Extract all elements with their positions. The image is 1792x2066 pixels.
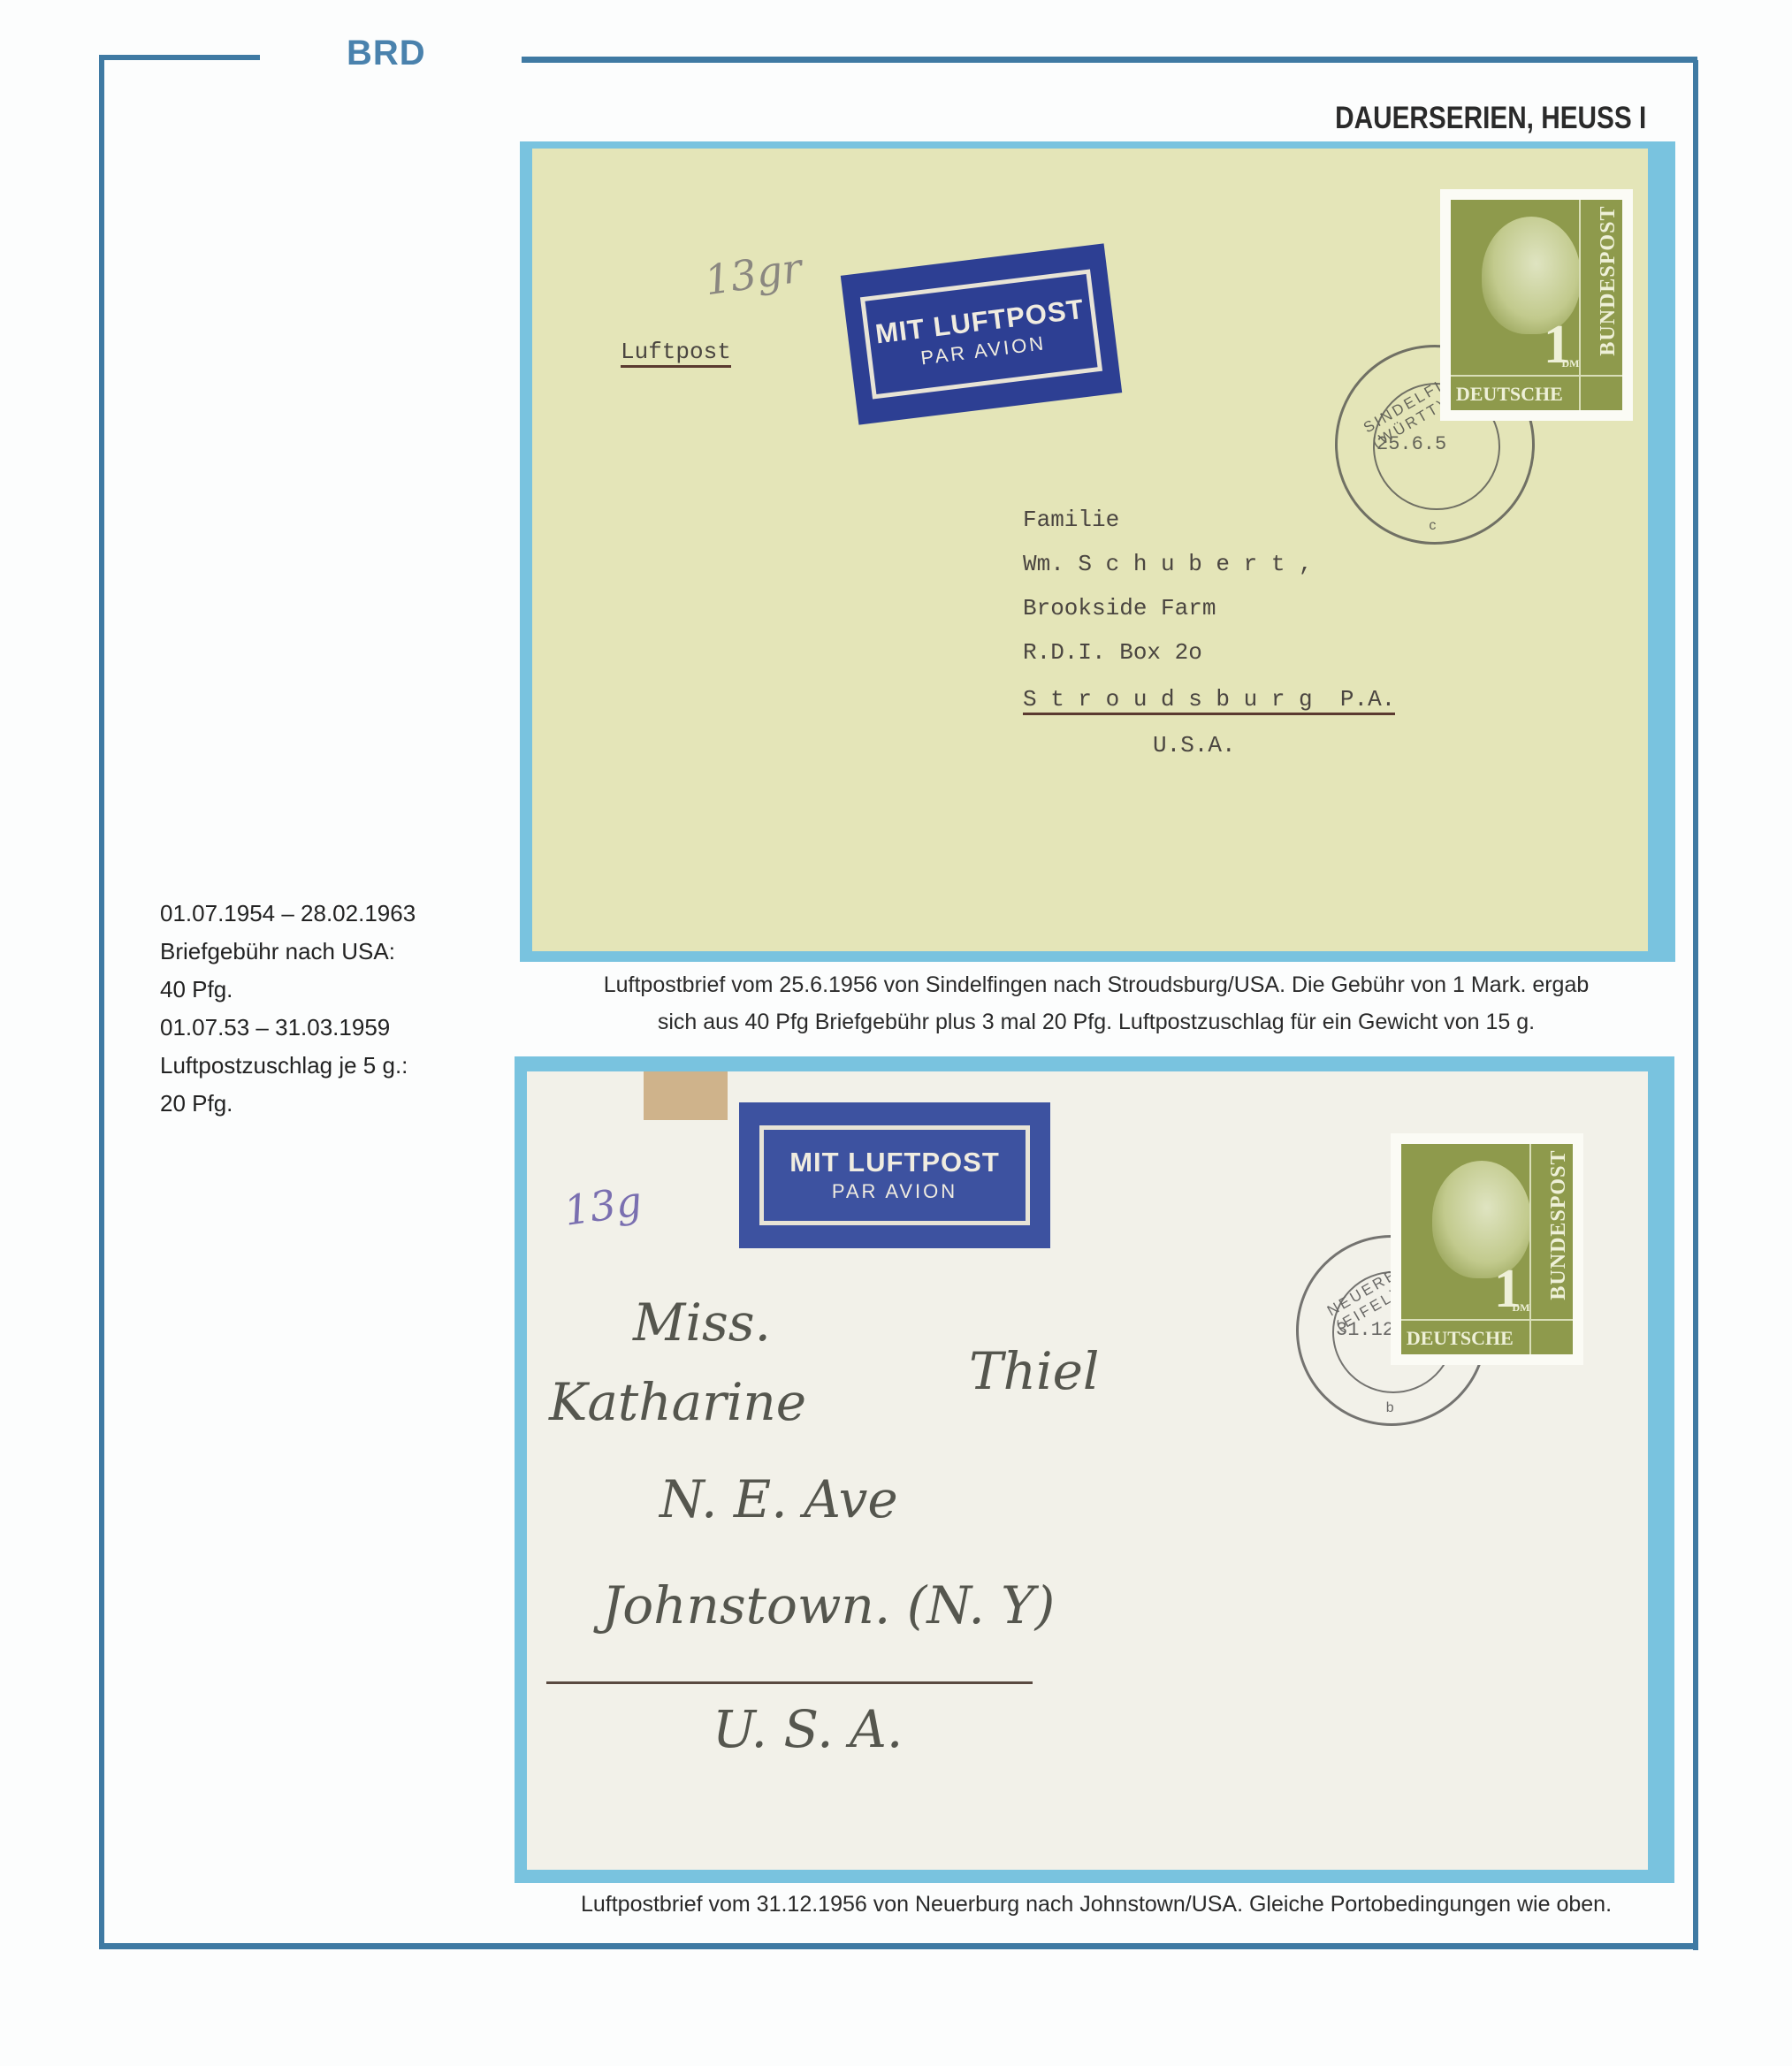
cover2-weight-note: 13g (561, 1177, 645, 1235)
cover2-address-line5: U. S. A. (713, 1699, 903, 1759)
cover1-address-line5: S t r o u d s b u r g P.A. (1023, 686, 1395, 715)
cover2-caption: Luftpostbrief vom 31.12.1956 von Neuerbu… (495, 1886, 1697, 1923)
cover2-address-line2b: Thiel (969, 1341, 1099, 1401)
cover2-address-line4: Johnstown. (N. Y) (602, 1575, 1055, 1635)
rate-label-airmail: Luftpostzuschlag je 5 g.: (160, 1047, 416, 1085)
cover1-address-line1: Familie (1023, 507, 1119, 533)
postmark-letter: c (1429, 518, 1436, 534)
cover2-airmail-label: MIT LUFTPOST PAR AVION (739, 1102, 1050, 1248)
rate-value-airmail: 20 Pfg. (160, 1085, 416, 1123)
series-title: DAUERSERIEN, HEUSS I (1335, 101, 1646, 136)
cover1-caption-line1: Luftpostbrief vom 25.6.1956 von Sindelfi… (522, 966, 1671, 1003)
cover1-typed-luftpost: Luftpost (621, 339, 731, 368)
cover1-airmail-label: MIT LUFTPOST PAR AVION (841, 243, 1122, 424)
cover2-stamp: BUNDESPOST 1 DM DEUTSCHE (1391, 1133, 1583, 1365)
airmail-label-line2: PAR AVION (832, 1180, 957, 1203)
cover1-weight-note: 13gr (702, 244, 804, 305)
frame-top-left-rule (104, 55, 260, 60)
cover1-caption: Luftpostbrief vom 25.6.1956 von Sindelfi… (522, 966, 1671, 1041)
rate-value-letter: 40 Pfg. (160, 971, 416, 1009)
cover2-envelope: MIT LUFTPOST PAR AVION 13g NEUERBURG (EI… (527, 1071, 1648, 1870)
cover1-stamp: BUNDESPOST 1 DM DEUTSCHE (1440, 189, 1633, 421)
cover2-address-line1: Miss. (633, 1292, 771, 1353)
cover1-envelope: 13gr Luftpost MIT LUFTPOST PAR AVION SIN… (532, 149, 1648, 951)
cover1-address-line4: R.D.I. Box 2o (1023, 639, 1202, 666)
stamp-bottom-text: DEUTSCHE (1456, 383, 1563, 406)
frame-right-rule (1693, 60, 1698, 1950)
cover1-address-line2: Wm. S c h u b e r t , (1023, 551, 1313, 577)
country-heading: BRD (347, 34, 426, 73)
frame-top-right-rule (522, 57, 1697, 63)
cover2-address-line2a: Katharine (549, 1372, 806, 1432)
cover1-address-line3: Brookside Farm (1023, 595, 1216, 621)
stamp-unit: DM (1513, 1301, 1530, 1315)
cover2-address-underline (546, 1681, 1033, 1684)
cover1-caption-line2: sich aus 40 Pfg Briefgebühr plus 3 mal 2… (522, 1003, 1671, 1041)
rate-label-letter: Briefgebühr nach USA: (160, 933, 416, 971)
cover2-caption-line1: Luftpostbrief vom 31.12.1956 von Neuerbu… (495, 1886, 1697, 1923)
stamp-unit: DM (1562, 357, 1580, 370)
postmark-letter: b (1386, 1400, 1394, 1416)
cover1-address-line6: U.S.A. (1153, 732, 1236, 759)
frame-bottom-rule (99, 1943, 1698, 1949)
cover2-address-line3: N. E. Ave (660, 1469, 898, 1529)
frame-left-rule (99, 55, 104, 1949)
postal-rates-note: 01.07.1954 – 28.02.1963 Briefgebühr nach… (160, 895, 416, 1123)
stamp-top-text: BUNDESPOST (1597, 209, 1620, 356)
airmail-label-line1: MIT LUFTPOST (789, 1147, 1000, 1178)
rate-period-airmail: 01.07.53 – 31.03.1959 (160, 1009, 416, 1047)
stamp-top-text: BUNDESPOST (1547, 1153, 1571, 1300)
stamp-bottom-text: DEUTSCHE (1407, 1327, 1514, 1350)
cover2-tape-remnant (644, 1071, 728, 1120)
rate-period-letter: 01.07.1954 – 28.02.1963 (160, 895, 416, 933)
postmark-date: 25.6.5 (1376, 433, 1446, 455)
